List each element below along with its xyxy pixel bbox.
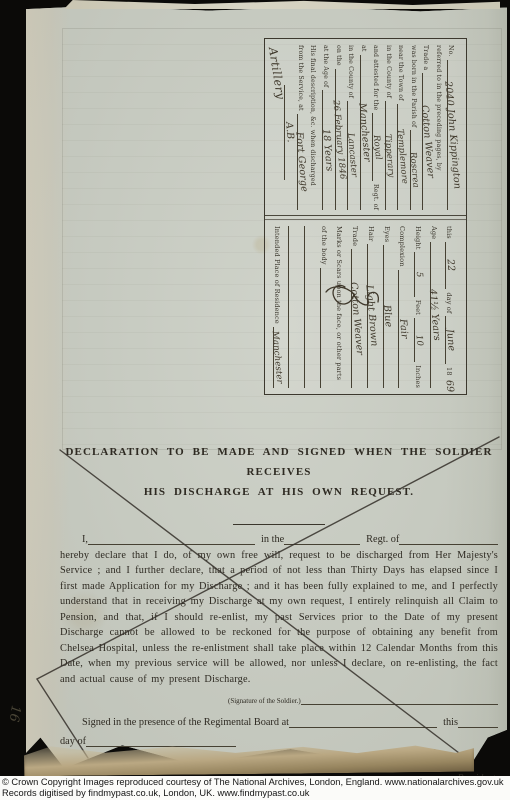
printed-label: Regt. of bbox=[366, 534, 399, 545]
printed-label: in the bbox=[261, 534, 284, 545]
declaration-paragraph: hereby declare that I do, of my own free… bbox=[60, 548, 498, 687]
field-row-eyes: Eyes Blue bbox=[383, 226, 399, 388]
printed-label: day of bbox=[60, 736, 86, 747]
handwritten-entry: Fair bbox=[397, 318, 408, 339]
form-line: in the County ofTipperary bbox=[385, 45, 398, 210]
blank-line: 22 bbox=[445, 242, 456, 290]
printed-label: this bbox=[443, 717, 458, 728]
printed-label: in the County of bbox=[385, 45, 392, 98]
blank-line: Light Brown bbox=[367, 244, 378, 388]
field-row-age: Age 41½ Years bbox=[430, 226, 446, 388]
printed-label: in the County of bbox=[347, 45, 354, 98]
printed-label: Signed in the presence of the Regimental… bbox=[82, 717, 289, 728]
copyright-line-2: Records digitised by findmypast.co.uk, L… bbox=[2, 788, 510, 799]
handwritten-entry: 41½ Years bbox=[427, 289, 441, 342]
blank-line: Manchester bbox=[360, 55, 371, 211]
handwritten-entry: 5 bbox=[414, 272, 423, 278]
handwritten-entry: Roscrea bbox=[408, 152, 420, 189]
regimental-board-line: Signed in the presence of the Regimental… bbox=[60, 717, 498, 728]
form-line: from the Service, atFort George bbox=[297, 45, 310, 210]
copyright-line-1: © Crown Copyright Images reproduced cour… bbox=[2, 777, 510, 788]
blank-line: 5 bbox=[414, 252, 424, 296]
form-part-service-record: No.2040 John Kippington referred to in t… bbox=[265, 39, 466, 216]
blank-line bbox=[86, 746, 236, 747]
blank-line: 2040 John Kippington bbox=[447, 60, 458, 211]
handwritten-entry: Templemore bbox=[395, 129, 408, 185]
handwritten-entry: Manchester bbox=[357, 102, 372, 162]
field-row-date: this 22 day of June 18 69 bbox=[445, 226, 461, 388]
blank-line: 26 February 1846 bbox=[335, 69, 345, 210]
blank-ruled-row bbox=[304, 226, 320, 388]
printed-label: this bbox=[445, 226, 453, 239]
soldier-signature-line: (Signature of the Soldier.) bbox=[60, 697, 498, 705]
handwritten-entry: 18 Years bbox=[320, 129, 333, 172]
printed-label: was born in the Parish of bbox=[410, 45, 417, 127]
printed-label: His final description, &c. when discharg… bbox=[309, 45, 316, 186]
declaration-title-line2: HIS DISCHARGE AT HIS OWN REQUEST. bbox=[60, 482, 498, 502]
form-line: A.B. bbox=[284, 45, 297, 210]
field-row-complexion: Complexion Fair bbox=[398, 226, 414, 388]
attestation-form: No.2040 John Kippington referred to in t… bbox=[264, 38, 467, 395]
blank-line bbox=[301, 704, 498, 705]
form-line: near the Town ofTemplemore bbox=[397, 45, 410, 210]
printed-label: near the Town of bbox=[397, 45, 404, 101]
blank-line: Tipperary bbox=[385, 101, 395, 210]
blank-line: A.B. bbox=[284, 85, 295, 180]
blank-line bbox=[399, 544, 498, 545]
handwritten-entry: 22 bbox=[445, 259, 456, 272]
printed-label: on the bbox=[335, 45, 342, 66]
title-divider-rule bbox=[233, 524, 325, 525]
handwritten-entry: 69 bbox=[444, 379, 455, 392]
field-label: Intended Place of Residence bbox=[273, 226, 281, 324]
field-label: of the body bbox=[320, 226, 328, 265]
form-line: No.2040 John Kippington bbox=[447, 45, 460, 210]
blank-line: Templemore bbox=[397, 104, 407, 210]
declaration-opening-line: I, in the Regt. of bbox=[60, 534, 498, 545]
printed-label: referred to in the preceding pages, by bbox=[435, 45, 442, 171]
blank-line: Lancaster bbox=[347, 101, 357, 210]
printed-label: at the Age of bbox=[322, 45, 329, 87]
blank-line: 10 bbox=[414, 318, 424, 362]
margin-page-number: 16 bbox=[6, 704, 23, 723]
field-label: Feet bbox=[414, 300, 422, 315]
printed-label: Trade a bbox=[422, 45, 429, 70]
blank-line bbox=[289, 727, 437, 728]
pen-flourish-icon bbox=[324, 272, 382, 314]
blank-ruled-row bbox=[288, 226, 304, 388]
handwritten-entry: Manchester bbox=[270, 331, 283, 385]
declaration-title-line1: DECLARATION TO BE MADE AND SIGNED WHEN T… bbox=[60, 442, 498, 482]
handwritten-entry: June bbox=[444, 329, 455, 352]
handwritten-entry: Tipperary bbox=[383, 133, 395, 177]
handwritten-entry: Lancaster bbox=[345, 133, 357, 178]
field-label: Height bbox=[414, 226, 422, 249]
field-label: Trade bbox=[351, 226, 359, 246]
field-label: Age bbox=[430, 226, 438, 239]
blank-line bbox=[288, 226, 289, 388]
blank-line: Fort George bbox=[297, 114, 308, 210]
page-stack-edge bbox=[64, 0, 500, 9]
field-row-residence: Intended Place of Residence Manchester bbox=[273, 226, 289, 388]
printed-label: Regt. of bbox=[372, 184, 379, 210]
blank-line bbox=[320, 268, 321, 388]
day-of-line: day of bbox=[60, 736, 498, 747]
declaration-section: DECLARATION TO BE MADE AND SIGNED WHEN T… bbox=[60, 442, 498, 784]
blank-line: Royal bbox=[372, 113, 382, 181]
blank-line: Fair bbox=[398, 270, 409, 388]
field-row-height: Height 5 Feet 10 Inches bbox=[414, 226, 430, 388]
printed-label: No. bbox=[447, 45, 454, 57]
field-label: Hair bbox=[367, 226, 375, 241]
form-line: atManchester bbox=[360, 45, 373, 210]
printed-label: from the Service, at bbox=[297, 45, 304, 111]
handwritten-entry: Blue bbox=[382, 305, 394, 328]
blank-line bbox=[284, 544, 360, 545]
printed-label: day of bbox=[445, 292, 453, 313]
blank-line: Cotton Weaver bbox=[351, 249, 362, 388]
field-label: Inches bbox=[414, 365, 422, 388]
form-part-final-description: this 22 day of June 18 69 Age 41½ Years … bbox=[265, 219, 466, 394]
field-label: Eyes bbox=[383, 226, 391, 242]
field-label: Complexion bbox=[398, 226, 406, 267]
blank-line bbox=[458, 727, 498, 728]
blank-line: Manchester bbox=[273, 327, 283, 388]
blank-line bbox=[88, 544, 255, 545]
signature-caption: (Signature of the Soldier.) bbox=[228, 697, 301, 705]
printed-label: and attested for the bbox=[372, 45, 379, 110]
blank-line: Roscrea bbox=[410, 130, 420, 210]
blank-line: Cotton Weaver bbox=[422, 73, 433, 210]
blank-line: June bbox=[445, 316, 456, 364]
handwritten-entry: Cotton Weaver bbox=[419, 105, 435, 179]
form-line: Trade aCotton Weaver bbox=[422, 45, 435, 210]
blank-line: Blue bbox=[383, 245, 394, 388]
handwritten-entry: Fort George bbox=[294, 131, 309, 192]
copyright-footer: © Crown Copyright Images reproduced cour… bbox=[0, 776, 510, 800]
form-line: on the26 February 1846 bbox=[335, 45, 348, 210]
handwritten-entry: 10 bbox=[413, 334, 423, 346]
printed-label: 18 bbox=[445, 367, 453, 376]
blank-line bbox=[304, 226, 305, 388]
form-line: His final description, &c. when discharg… bbox=[309, 45, 322, 210]
handwritten-entry: Royal bbox=[371, 134, 382, 160]
printed-label: at bbox=[360, 45, 367, 52]
blank-line: 41½ Years bbox=[430, 242, 441, 388]
form-line: and attested for theRoyalRegt. of bbox=[372, 45, 385, 210]
handwritten-initials: A.B. bbox=[283, 122, 294, 143]
